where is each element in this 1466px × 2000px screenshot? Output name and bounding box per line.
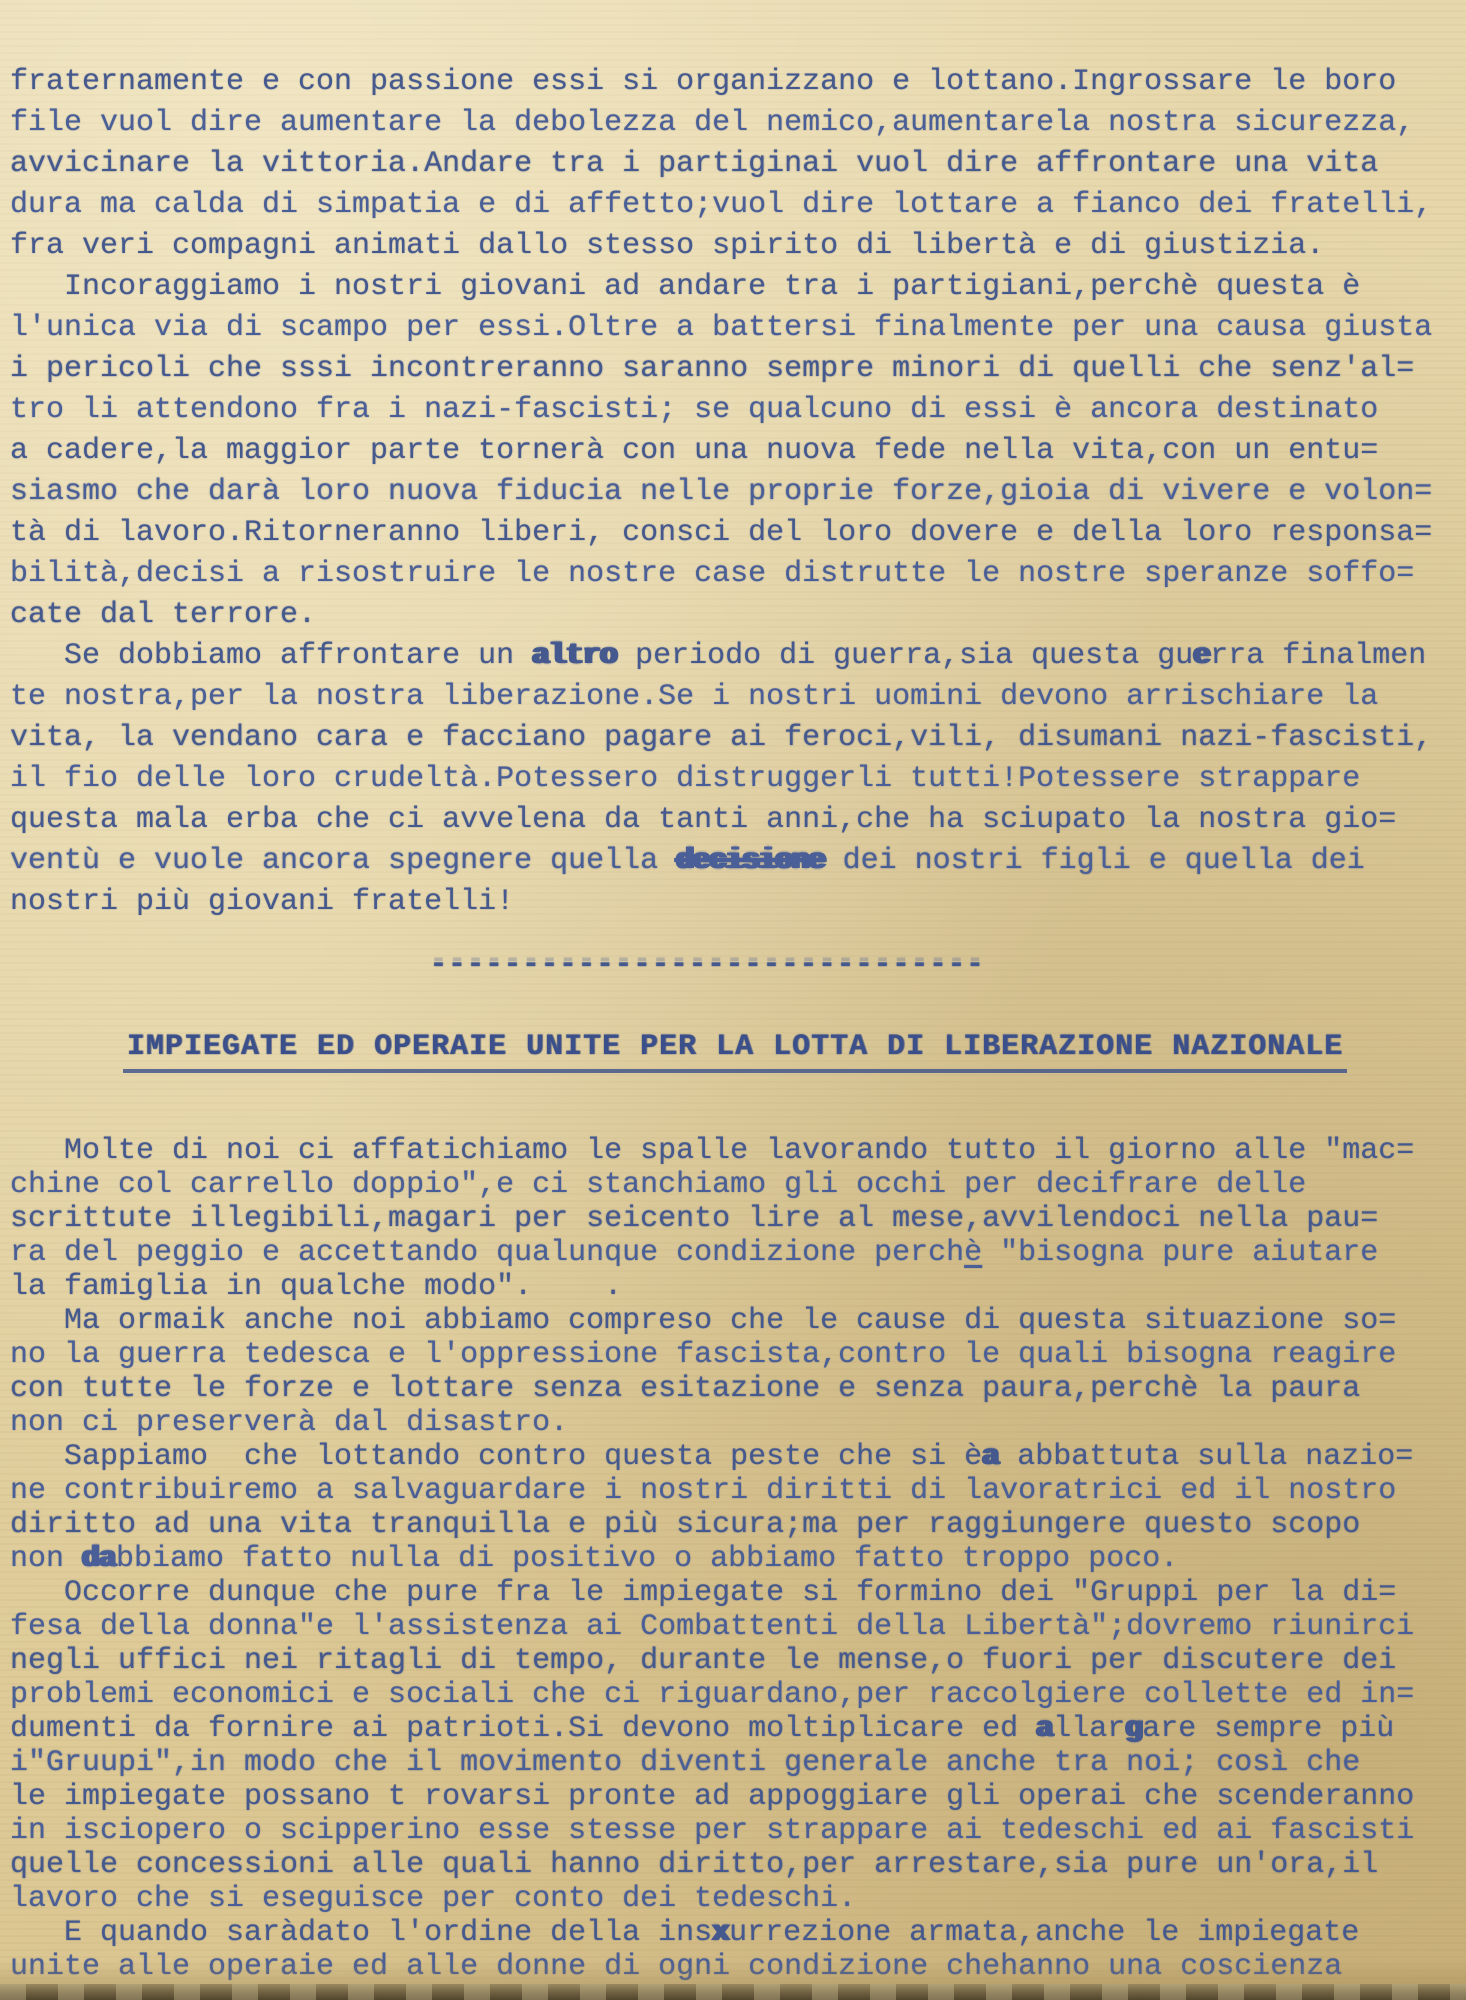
text-segment: te nostra,per la nostra liberazione.Se i…: [10, 680, 1378, 714]
text-segment: le impiegate possano t rovarsi pronte ad…: [10, 1780, 1414, 1814]
text-line: bilità,decisi a risostruire le nostre ca…: [10, 554, 1460, 595]
text-line: dura ma calda di simpatia e di affetto;v…: [10, 185, 1460, 226]
text-line: l'unica via di scampo per essi.Oltre a b…: [10, 308, 1460, 349]
text-segment: l'unica via di scampo per essi.Oltre a b…: [10, 311, 1432, 345]
text-line: negli uffici nei ritagli di tempo, duran…: [10, 1644, 1460, 1678]
text-segment: Se dobbiamo affrontare un: [10, 639, 532, 673]
text-segment: vita, la vendano cara e facciano pagare …: [10, 721, 1432, 755]
text-segment: a cadere,la maggior parte tornerà con un…: [10, 434, 1378, 468]
text-line: il fio delle loro crudeltà.Potessero dis…: [10, 759, 1460, 800]
overstruck-word: a: [1036, 1712, 1053, 1746]
text-line: cate dal terrore.: [10, 595, 1460, 636]
text-segment: no la guerra tedesca e l'oppressione fas…: [10, 1338, 1396, 1372]
text-line: questa mala erba che ci avvelena da tant…: [10, 800, 1460, 841]
text-line: ventù e vuole ancora spegnere quella dec…: [10, 841, 1460, 882]
text-segment: dumenti da fornire ai patrioti.Si devono…: [10, 1712, 1036, 1746]
text-line: dumenti da fornire ai patrioti.Si devono…: [10, 1712, 1460, 1746]
text-segment: llar: [1053, 1712, 1125, 1746]
underlined-char: è: [964, 1236, 982, 1270]
text-line: te nostra,per la nostra liberazione.Se i…: [10, 677, 1460, 718]
text-line: ne contribuiremo a salvaguardare i nostr…: [10, 1474, 1460, 1508]
overstruck-word: a: [982, 1440, 999, 1474]
text-segment: bilità,decisi a risostruire le nostre ca…: [10, 557, 1414, 591]
text-segment: avvicinare la vittoria.Andare tra i part…: [10, 147, 1378, 181]
text-segment: dura ma calda di simpatia e di affetto;v…: [10, 188, 1432, 222]
text-line: siasmo che darà loro nuova fiducia nelle…: [10, 472, 1460, 513]
dashed-separator: ------------------------------: [0, 945, 1432, 986]
text-segment: Sappiamo che lottando contro questa pest…: [10, 1440, 982, 1474]
text-segment: fesa della donna"e l'assistenza ai Comba…: [10, 1610, 1414, 1644]
text-line: vita, la vendano cara e facciano pagare …: [10, 718, 1460, 759]
text-segment: ventù e vuole ancora spegnere quella: [10, 844, 676, 878]
text-segment: "bisogna pure aiutare: [982, 1236, 1378, 1270]
text-line: a cadere,la maggior parte tornerà con un…: [10, 431, 1460, 472]
struck-out-word: decisione: [676, 844, 825, 878]
overstruck-word: g: [1125, 1712, 1142, 1746]
text-segment: bbiamo fatto nulla di positivo o abbiamo…: [116, 1542, 1178, 1576]
text-segment: lavoro che si eseguisce per conto dei te…: [10, 1882, 856, 1916]
text-segment: are sempre più: [1142, 1712, 1394, 1746]
page-bottom-shadow: [0, 1960, 1466, 1986]
overstruck-word: e: [1193, 639, 1210, 673]
text-line: fesa della donna"e l'assistenza ai Comba…: [10, 1610, 1460, 1644]
text-segment: diritto ad una vita tranquilla e più sic…: [10, 1508, 1360, 1542]
text-segment: scrittute illegibili,magari per seicento…: [10, 1202, 1378, 1236]
text-segment: non: [10, 1542, 82, 1576]
text-segment: fra veri compagni animati dallo stesso s…: [10, 229, 1324, 263]
text-segment: urrezione armata,anche le impiegate: [729, 1916, 1359, 1950]
paragraph: Molte di noi ci affatichiamo le spalle l…: [10, 1134, 1460, 1304]
text-segment: cate dal terrore.: [10, 598, 316, 632]
document-text: fraternamente e con passione essi si org…: [10, 62, 1460, 1984]
text-segment: nostri più giovani fratelli!: [10, 885, 514, 919]
text-segment: questa mala erba che ci avvelena da tant…: [10, 803, 1396, 837]
text-line: Occorre dunque che pure fra le impiegate…: [10, 1576, 1460, 1610]
text-line: scrittute illegibili,magari per seicento…: [10, 1202, 1460, 1236]
text-line: tro li attendono fra i nazi-fascisti; se…: [10, 390, 1460, 431]
text-segment: problemi economici e sociali che ci rigu…: [10, 1678, 1414, 1712]
overstruck-word: x: [712, 1916, 729, 1950]
text-line: diritto ad una vita tranquilla e più sic…: [10, 1508, 1460, 1542]
text-line: fra veri compagni animati dallo stesso s…: [10, 226, 1460, 267]
text-segment: file vuol dire aumentare la debolezza de…: [10, 106, 1414, 140]
text-line: no la guerra tedesca e l'oppressione fas…: [10, 1338, 1460, 1372]
text-line: Ma ormaik anche noi abbiamo compreso che…: [10, 1304, 1460, 1338]
text-line: le impiegate possano t rovarsi pronte ad…: [10, 1780, 1460, 1814]
text-segment: quelle concessioni alle quali hanno diri…: [10, 1848, 1378, 1882]
text-segment: abbattuta sulla nazio=: [999, 1440, 1413, 1474]
text-segment: ne contribuiremo a salvaguardare i nostr…: [10, 1474, 1396, 1508]
text-segment: E quando saràdato l'ordine della ins: [10, 1916, 712, 1950]
text-segment: siasmo che darà loro nuova fiducia nelle…: [10, 475, 1432, 509]
text-line: non ci preserverà dal disastro.: [10, 1406, 1460, 1440]
text-segment: periodo di guerra,sia questa gu: [617, 639, 1193, 673]
text-line: i"Gruupi",in modo che il movimento diven…: [10, 1746, 1460, 1780]
text-line: E quando saràdato l'ordine della insxurr…: [10, 1916, 1460, 1950]
text-line: Molte di noi ci affatichiamo le spalle l…: [10, 1134, 1460, 1168]
text-segment: negli uffici nei ritagli di tempo, duran…: [10, 1644, 1396, 1678]
text-line: avvicinare la vittoria.Andare tra i part…: [10, 144, 1460, 185]
paragraph: Incoraggiamo i nostri giovani ad andare …: [10, 267, 1460, 636]
text-segment: in isciopero o scipperino esse stesse pe…: [10, 1814, 1414, 1848]
text-line: Se dobbiamo affrontare un altro periodo …: [10, 636, 1460, 677]
text-line: lavoro che si eseguisce per conto dei te…: [10, 1882, 1460, 1916]
paragraph: Se dobbiamo affrontare un altro periodo …: [10, 636, 1460, 923]
text-line: in isciopero o scipperino esse stesse pe…: [10, 1814, 1460, 1848]
overstruck-word: altro: [532, 639, 617, 673]
overstruck-word: da: [82, 1542, 116, 1576]
text-line: ra del peggio e accettando qualunque con…: [10, 1236, 1460, 1270]
text-segment: fraternamente e con passione essi si org…: [10, 65, 1396, 99]
text-line: non dabbiamo fatto nulla di positivo o a…: [10, 1542, 1460, 1576]
text-line: problemi economici e sociali che ci rigu…: [10, 1678, 1460, 1712]
text-segment: i"Gruupi",in modo che il movimento diven…: [10, 1746, 1360, 1780]
text-line: Sappiamo che lottando contro questa pest…: [10, 1440, 1460, 1474]
page-bottom-edge: [0, 1984, 1466, 2000]
text-segment: rra finalmen: [1210, 639, 1426, 673]
paragraph: Occorre dunque che pure fra le impiegate…: [10, 1576, 1460, 1916]
text-segment: ra del peggio e accettando qualunque con…: [10, 1236, 964, 1270]
text-line: file vuol dire aumentare la debolezza de…: [10, 103, 1460, 144]
text-line: fraternamente e con passione essi si org…: [10, 62, 1460, 103]
text-segment: Occorre dunque che pure fra le impiegate…: [10, 1576, 1396, 1610]
text-line: tà di lavoro.Ritorneranno liberi, consci…: [10, 513, 1460, 554]
text-line: nostri più giovani fratelli!: [10, 882, 1460, 923]
text-segment: la famiglia in qualche modo". .: [10, 1270, 622, 1304]
paragraph: Ma ormaik anche noi abbiamo compreso che…: [10, 1304, 1460, 1440]
text-line: la famiglia in qualche modo". .: [10, 1270, 1460, 1304]
text-segment: non ci preserverà dal disastro.: [10, 1406, 568, 1440]
document-page: fraternamente e con passione essi si org…: [0, 0, 1466, 2000]
text-segment: il fio delle loro crudeltà.Potessero dis…: [10, 762, 1360, 796]
text-segment: i pericoli che sssi incontreranno sarann…: [10, 352, 1414, 386]
text-segment: chine col carrello doppio",e ci stanchia…: [10, 1168, 1306, 1202]
text-line: Incoraggiamo i nostri giovani ad andare …: [10, 267, 1460, 308]
text-segment: Molte di noi ci affatichiamo le spalle l…: [10, 1134, 1414, 1168]
section-heading: IMPIEGATE ED OPERAIE UNITE PER LA LOTTA …: [123, 1026, 1347, 1073]
text-line: con tutte le forze e lottare senza esita…: [10, 1372, 1460, 1406]
paragraph: Sappiamo che lottando contro questa pest…: [10, 1440, 1460, 1576]
paragraph: fraternamente e con passione essi si org…: [10, 62, 1460, 267]
text-segment: tà di lavoro.Ritorneranno liberi, consci…: [10, 516, 1432, 550]
text-segment: Ma ormaik anche noi abbiamo compreso che…: [10, 1304, 1396, 1338]
text-line: i pericoli che sssi incontreranno sarann…: [10, 349, 1460, 390]
text-segment: tro li attendono fra i nazi-fascisti; se…: [10, 393, 1378, 427]
text-segment: dei nostri figli e quella dei: [825, 844, 1365, 878]
text-line: quelle concessioni alle quali hanno diri…: [10, 1848, 1460, 1882]
section-heading-row: IMPIEGATE ED OPERAIE UNITE PER LA LOTTA …: [10, 1026, 1460, 1074]
text-line: chine col carrello doppio",e ci stanchia…: [10, 1168, 1460, 1202]
text-segment: Incoraggiamo i nostri giovani ad andare …: [10, 270, 1360, 304]
text-segment: con tutte le forze e lottare senza esita…: [10, 1372, 1360, 1406]
